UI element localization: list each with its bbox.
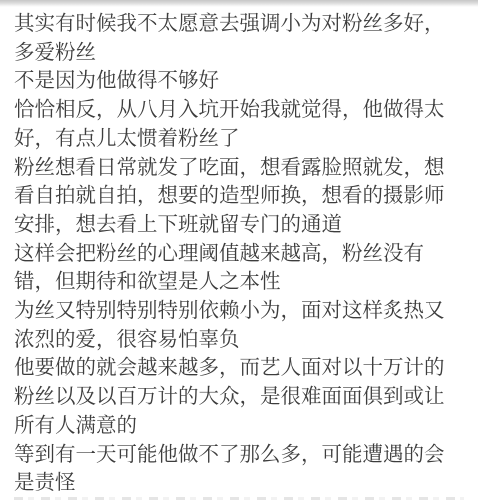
post-line: 粉丝以及以百万计的大众，是很难面面俱到或让	[14, 382, 470, 411]
post-line: 其实有时候我不太愿意去强调小为对粉丝多好，	[14, 9, 470, 38]
post-line: 粉丝想看日常就发了吃面，想看露脸照就发，想	[14, 153, 470, 182]
top-crop-strip	[0, 0, 478, 7]
post-line: 为丝又特别特别特别依赖小为，面对这样炙热又	[14, 296, 470, 325]
post-line: 恰恰相反，从八月入坑开始我就觉得，他做得太	[14, 95, 470, 124]
post-line: 错，但期待和欲望是人之本性	[14, 267, 470, 296]
post-line: 不是因为他做得不够好	[14, 66, 470, 95]
post-line: 浓烈的爱，很容易怕辜负	[14, 325, 470, 354]
screenshot-root: 其实有时候我不太愿意去强调小为对粉丝多好， 多爱粉丝 不是因为他做得不够好 恰恰…	[0, 0, 478, 500]
post-line: 所有人满意的	[14, 411, 470, 440]
post-text: 其实有时候我不太愿意去强调小为对粉丝多好， 多爱粉丝 不是因为他做得不够好 恰恰…	[14, 9, 470, 497]
post-line: 安排，想去看上下班就留专门的通道	[14, 210, 470, 239]
post-line: 等到有一天可能他做不了那么多，可能遭遇的会	[14, 440, 470, 469]
post-line: 这样会把粉丝的心理阈值越来越高，粉丝没有	[14, 239, 470, 268]
post-line: 好，有点儿太惯着粉丝了	[14, 124, 470, 153]
post-line: 看自拍就自拍，想要的造型师换，想看的摄影师	[14, 181, 470, 210]
post-line: 他要做的就会越来越多，而艺人面对以十万计的	[14, 353, 470, 382]
post-line: 多爱粉丝	[14, 38, 470, 67]
post-line: 是责怪	[14, 468, 470, 497]
